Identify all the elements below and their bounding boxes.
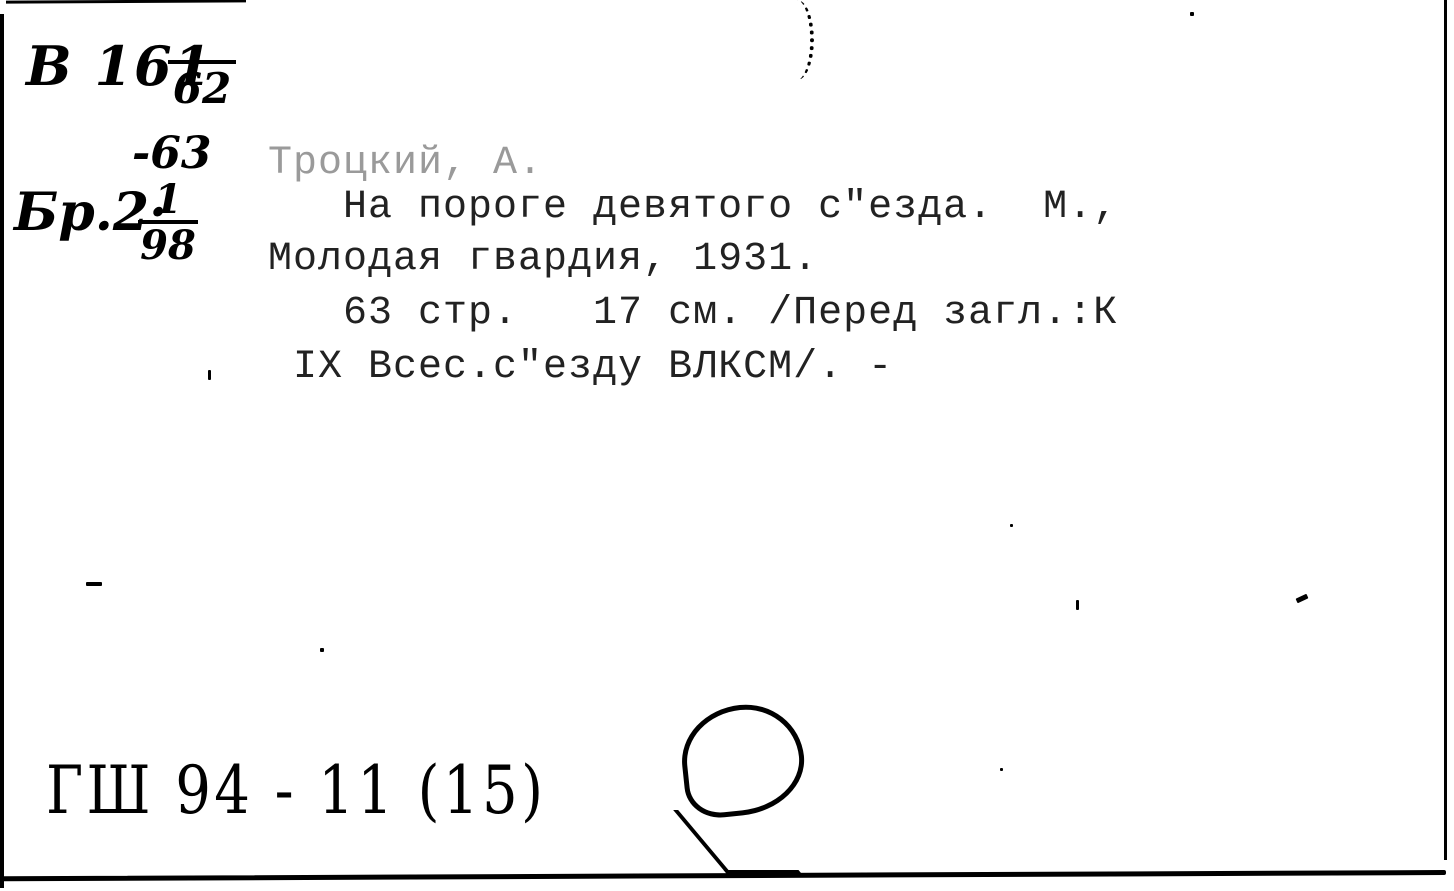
entry-physical-description: 63 стр. 17 см. /Перед загл.:К	[268, 288, 1118, 340]
scan-speck	[1000, 768, 1003, 771]
fraction-numerator	[168, 50, 236, 64]
card-border-left	[0, 14, 4, 888]
inventory-mark: ГШ 94 - 11 (15)	[46, 752, 546, 829]
scan-speck	[1296, 594, 1309, 604]
scan-speck	[1010, 524, 1013, 527]
card-border-right	[1444, 0, 1447, 860]
shelfmark-primary-fraction: 62	[168, 50, 236, 113]
scan-speck	[208, 370, 211, 380]
entry-title: На пороге девятого с"езда. М.,	[268, 182, 1118, 234]
card-smudge-arc	[780, 0, 814, 80]
scan-speck	[320, 648, 324, 652]
rod-hole-icon	[677, 699, 810, 821]
fraction-denominator: 62	[168, 64, 236, 113]
scan-speck	[86, 582, 102, 586]
entry-publisher: Молодая гвардия, 1931.	[268, 234, 818, 286]
fraction-numerator: 1	[138, 180, 198, 224]
card-border-top	[6, 0, 246, 4]
scan-speck	[1190, 12, 1194, 16]
card-border-bottom	[0, 870, 1446, 881]
catalog-card: В 161 62 -63 Бр.2· 1 98 Троцкий, А. На п…	[0, 0, 1454, 891]
shelfmark-secondary-fraction: 1 98	[138, 180, 198, 268]
entry-note: IX Всес.с"езду ВЛКСМ/. -	[268, 342, 893, 394]
fraction-denominator: 98	[138, 224, 198, 268]
rod-hole-tear	[673, 810, 802, 874]
scan-speck	[1076, 600, 1079, 610]
shelfmark-range: -63	[132, 128, 212, 179]
